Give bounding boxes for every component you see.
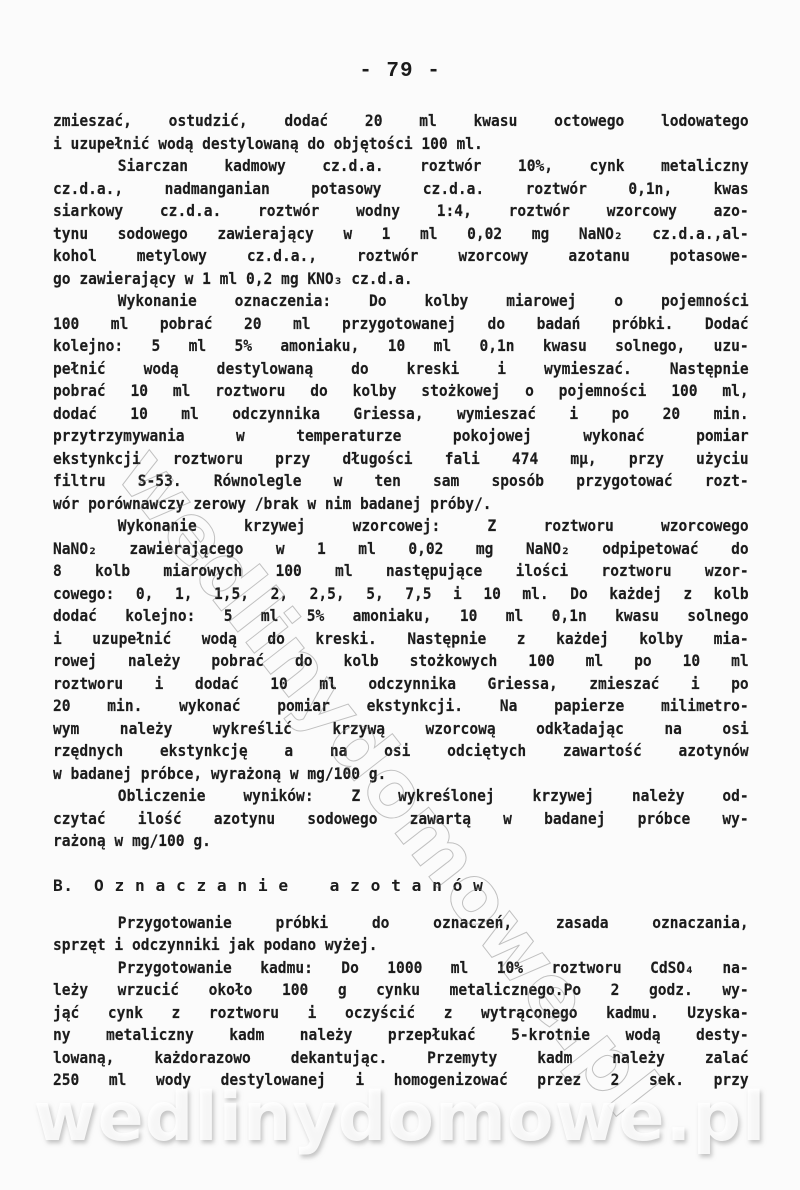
text-line: rażoną w mg/100 g. [53, 830, 749, 853]
text-line: NaNO₂ zawierającego w 1 ml 0,02 mg NaNO₂… [53, 538, 749, 561]
text-line: tynu sodowego zawierający w 1 ml 0,02 mg… [53, 223, 749, 246]
text-line: Przygotowanie kadmu: Do 1000 ml 10% rozt… [53, 957, 749, 980]
text-line: kohol metylowy cz.d.a., roztwór wzorcowy… [53, 245, 749, 268]
text-line: zmieszać, ostudzić, dodać 20 ml kwasu oc… [53, 110, 749, 133]
text-line: filtru S-53. Równolegle w ten sam sposób… [53, 470, 749, 493]
text-line: cowego: 0, 1, 1,5, 2, 2,5, 5, 7,5 i 10 m… [53, 583, 749, 606]
text-line: czytać ilość azotynu sodowego zawartą w … [53, 808, 749, 831]
text-line: lowaną, każdorazowo dekantując. Przemyty… [53, 1047, 749, 1070]
text-line: pełnić wodą destylowaną do kreski i wymi… [53, 358, 749, 381]
text-line: i uzupełnić wodą do kreski. Następnie z … [53, 628, 749, 651]
text-line: pobrać 10 ml roztworu do kolby stożkowej… [53, 380, 749, 403]
text-line: 250 ml wody destylowanej i homogenizować… [53, 1069, 749, 1092]
text-line: Wykonanie krzywej wzorcowej: Z roztworu … [53, 515, 749, 538]
text-line: rowej należy pobrać do kolb stożkowych 1… [53, 650, 749, 673]
page-number: - 79 - [0, 60, 800, 83]
spacer [53, 853, 749, 876]
text-line: przytrzymywania w temperaturze pokojowej… [53, 425, 749, 448]
text-line: Wykonanie oznaczenia: Do kolby miarowej … [53, 290, 749, 313]
paragraphs-section-b: Przygotowanie próbki do oznaczeń, zasada… [53, 912, 749, 1092]
text-line: dodać 10 ml odczynnika Griessa, wymiesza… [53, 403, 749, 426]
text-line: roztworu i dodać 10 ml odczynnika Griess… [53, 673, 749, 696]
text-line: dodać kolejno: 5 ml 5% amoniaku, 10 ml 0… [53, 605, 749, 628]
text-line: 8 kolb miarowych 100 ml następujące iloś… [53, 560, 749, 583]
text-line: Siarczan kadmowy cz.d.a. roztwór 10%, cy… [53, 155, 749, 178]
text-line: wór porównawczy zerowy /brak w nim badan… [53, 493, 749, 516]
text-line: rzędnych ekstynkcję a na osi odciętych z… [53, 740, 749, 763]
text-line: sprzęt i odczynniki jak podano wyżej. [53, 934, 749, 957]
text-line: ekstynkcji roztworu przy długości fali 4… [53, 448, 749, 471]
text-line: 20 min. wykonać pomiar ekstynkcji. Na pa… [53, 695, 749, 718]
text-line: 100 ml pobrać 20 ml przygotowanej do bad… [53, 313, 749, 336]
text-line: i uzupełnić wodą destylowaną do objętośc… [53, 133, 749, 156]
text-line: wym należy wykreślić krzywą wzorcową odk… [53, 718, 749, 741]
text-line: leży wrzucić około 100 g cynku metaliczn… [53, 979, 749, 1002]
text-line: kolejno: 5 ml 5% amoniaku, 10 ml 0,1n kw… [53, 335, 749, 358]
section-heading: B. O z n a c z a n i e a z o t a n ó w [53, 875, 749, 898]
text-line: Przygotowanie próbki do oznaczeń, zasada… [53, 912, 749, 935]
text-line: siarkowy cz.d.a. roztwór wodny 1:4, rozt… [53, 200, 749, 223]
text-line: Obliczenie wyników: Z wykreślonej krzywe… [53, 785, 749, 808]
paragraphs-section-a: zmieszać, ostudzić, dodać 20 ml kwasu oc… [53, 110, 749, 853]
spacer [53, 898, 749, 912]
body-text: zmieszać, ostudzić, dodać 20 ml kwasu oc… [53, 110, 749, 1092]
document-page: - 79 - zmieszać, ostudzić, dodać 20 ml k… [0, 0, 800, 1190]
text-line: jąć cynk z roztworu i oczyścić z wytrąco… [53, 1002, 749, 1025]
text-line: ny metaliczny kadm należy przepłukać 5-k… [53, 1024, 749, 1047]
text-line: w badanej próbce, wyrażoną w mg/100 g. [53, 763, 749, 786]
text-line: go zawierający w 1 ml 0,2 mg KNO₃ cz.d.a… [53, 268, 749, 291]
text-line: cz.d.a., nadmanganian potasowy cz.d.a. r… [53, 178, 749, 201]
